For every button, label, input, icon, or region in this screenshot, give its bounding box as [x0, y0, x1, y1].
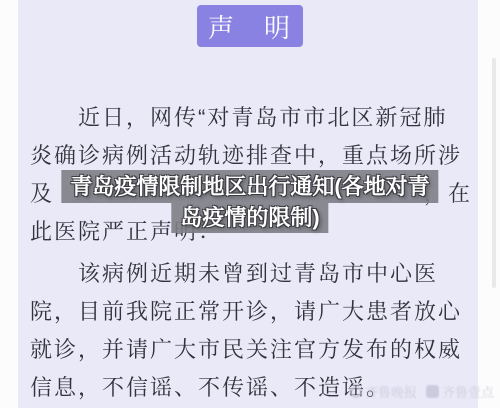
watermark-source-1: 齐鲁晚报: [350, 382, 417, 401]
circle-logo-icon: [350, 386, 362, 398]
statement-title-badge: 声 明: [197, 5, 303, 47]
square-logo-icon: [426, 385, 439, 398]
body-line: 就诊，并请广大市民关注官方发布的权威: [30, 331, 475, 369]
watermark-source-2: 齐鲁壹点: [426, 382, 494, 401]
subtitle-caption-overlay: 青岛疫情限制地区出行通知(各地对青 岛疫情的限制): [61, 170, 438, 233]
body-line: 该病例近期未曾到过青岛市中心医: [30, 255, 475, 293]
watermark-text-1: 齐鲁晚报: [365, 382, 417, 401]
body-line-prefix: 及: [30, 181, 54, 206]
body-line: 近日，网传“对青岛市市北区新冠肺: [30, 99, 475, 137]
caption-line-1: 青岛疫情限制地区出行通知(各地对青: [61, 170, 438, 203]
watermark: 齐鲁晚报 齐鲁壹点: [350, 382, 494, 401]
statement-title-text: 声 明: [208, 8, 292, 45]
scrollbar[interactable]: [492, 58, 496, 288]
watermark-text-2: 齐鲁壹点: [442, 382, 494, 401]
statement-image-page: 声 明 近日，网传“对青岛市市北区新冠肺 炎确诊病例活动轨迹排查中，重点场所涉 …: [0, 0, 500, 408]
body-line: 院，目前我院正常开诊，请广大患者放心: [30, 293, 475, 331]
statement-body: 近日，网传“对青岛市市北区新冠肺 炎确诊病例活动轨迹排查中，重点场所涉 及 ，在…: [30, 99, 475, 407]
caption-line-2: 岛疫情的限制): [171, 203, 328, 233]
